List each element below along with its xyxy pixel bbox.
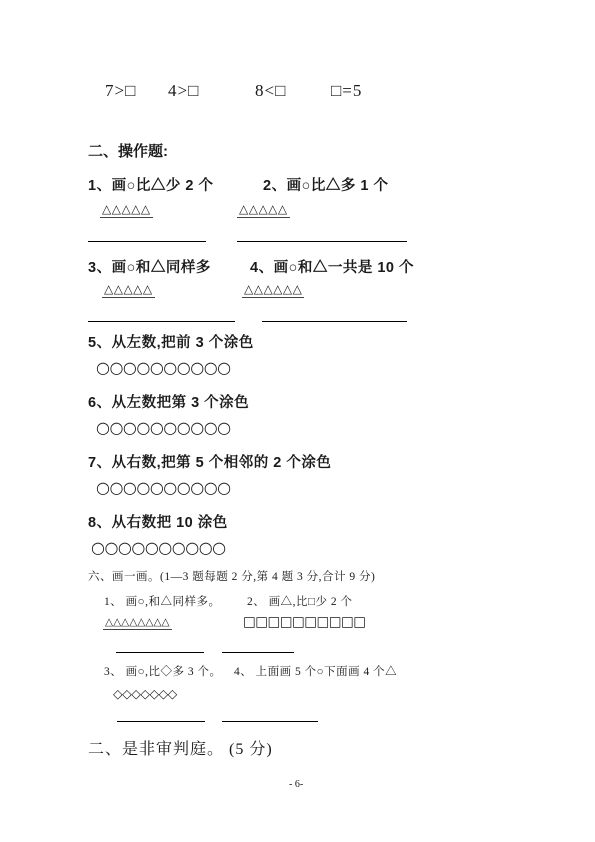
op-q2-answer-line [237,241,407,242]
op-q3-label: 3、画○和△同样多 [88,256,211,277]
triangle-row: △△△△△△△△ [103,616,172,630]
op-q8-label: 8、从右数把 10 涂色 [88,511,228,532]
op-q1-answer-line [88,241,206,242]
op-q1-triangle-row: △△△△△ [100,202,153,216]
section-draw-title: 六、画一画。(1—3 题每题 2 分,第 4 题 3 分,合计 9 分) [88,568,375,584]
draw-q3-answer-line [117,721,205,722]
op-q3-triangle-row: △△△△△ [102,282,155,296]
draw-q1-label: 1、 画○,和△同样多。 [104,593,220,609]
triangle-row: △△△△△△ [242,282,304,298]
section-op-title: 二、操作题: [88,140,168,161]
op-q4-label: 4、画○和△一共是 10 个 [250,256,414,277]
draw-q2-answer-line [222,652,294,653]
draw-q4-answer-line [222,721,318,722]
draw-q3-label: 3、 画○,比◇多 3 个。 [104,663,221,679]
worksheet-page: 7>□ 4>□ 8<□ □=5 二、操作题: 1、画○比△少 2 个 2、画○比… [0,0,595,842]
draw-q4-label: 4、 上面画 5 个○下面画 4 个△ [234,663,397,679]
triangle-row: △△△△△ [237,202,290,218]
op-q7-label: 7、从右数,把第 5 个相邻的 2 个涂色 [88,451,331,472]
draw-q1-answer-line [116,652,204,653]
inequality-item-1: 7>□ [105,81,136,101]
op-q6-circle-row: ○○○○○○○○○○ [96,418,231,437]
op-q4-answer-line [262,321,407,322]
op-q8-circle-row: ○○○○○○○○○○ [91,538,226,557]
op-q3-answer-line [88,321,235,322]
op-q7-circle-row: ○○○○○○○○○○ [96,478,231,497]
triangle-row: △△△△△ [102,282,155,298]
inequality-item-4: □=5 [331,81,362,101]
draw-q2-label: 2、 画△,比□少 2 个 [247,593,352,609]
section-judge-title: 二、是非审判庭。 (5 分) [88,736,273,759]
inequality-item-3: 8<□ [255,81,286,101]
draw-q3-diamond-row: ◇◇◇◇◇◇◇ [113,686,177,701]
inequality-item-2: 4>□ [168,81,199,101]
op-q5-label: 5、从左数,把前 3 个涂色 [88,331,254,352]
triangle-row: △△△△△ [100,202,153,218]
op-q6-label: 6、从左数把第 3 个涂色 [88,391,249,412]
draw-q2-square-row: □□□□□□□□□□ [243,614,366,630]
op-q2-label: 2、画○比△多 1 个 [263,174,388,195]
op-q5-circle-row: ○○○○○○○○○○ [96,358,231,377]
op-q4-triangle-row: △△△△△△ [242,282,304,296]
page-number: - 6- [289,779,303,790]
draw-q1-triangle-row: △△△△△△△△ [103,616,172,628]
op-q1-label: 1、画○比△少 2 个 [88,174,213,195]
op-q2-triangle-row: △△△△△ [237,202,290,216]
